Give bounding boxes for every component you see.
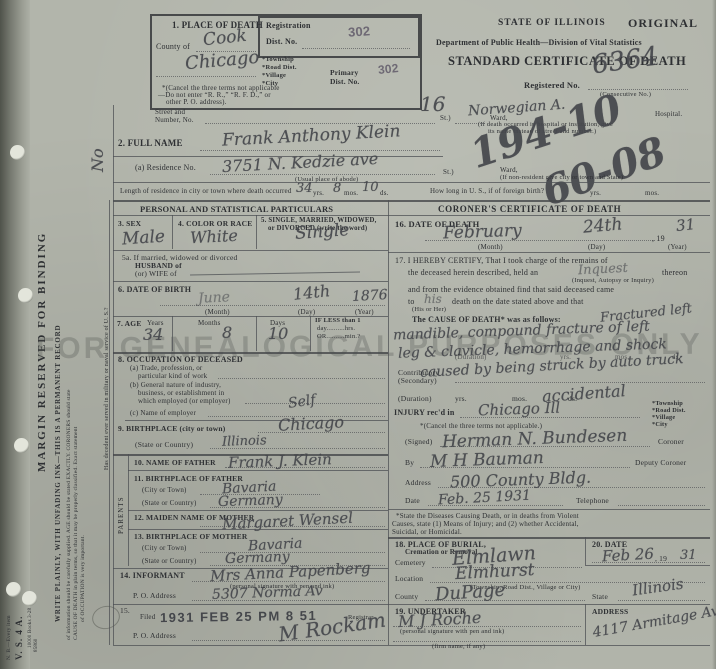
street-label-1: Street and <box>155 108 185 116</box>
county-label: County of <box>156 42 190 51</box>
ifless-label-2: day..........hrs. <box>317 325 355 332</box>
injury-label: INJURY rec'd in <box>394 408 455 417</box>
footnote-1: *State the Diseases Causing Death, or in… <box>396 512 579 520</box>
how-long-us-label: How long in U. S., if of foreign birth? <box>430 187 544 195</box>
punch-hole <box>18 288 33 303</box>
occupation-a1: (a) Trade, profession, or <box>130 364 202 372</box>
primary-label-2: Dist. No. <box>330 77 360 86</box>
us-mos-label: mos. <box>645 189 659 197</box>
length-days-handwriting: 10 <box>362 180 379 195</box>
dob-label: 6. DATE OF BIRTH <box>118 285 191 294</box>
father-state-label: (State or Country) <box>142 499 197 507</box>
contributory-label-2: (Secondary) <box>398 376 437 385</box>
cemetery-label: Cemetery <box>395 558 426 567</box>
dob-month-caption: (Month) <box>205 308 230 316</box>
city-line <box>156 76 256 77</box>
residence-handwriting: 3751 N. Kedzie ave <box>222 149 379 176</box>
location-label: Location <box>395 574 423 583</box>
marital-handwriting: Single <box>294 220 350 244</box>
dob-day-handwriting: 14th <box>292 281 331 304</box>
occupation-label: 8. OCCUPATION OF DECEASED <box>118 355 243 364</box>
occupation-handwriting: Self <box>287 392 317 412</box>
cell-divider <box>172 215 173 249</box>
filed-number: 15. <box>120 606 130 615</box>
page-edge <box>712 0 716 669</box>
rule <box>113 281 388 282</box>
dob-day-caption: (Day) <box>298 308 315 316</box>
rule <box>113 604 388 605</box>
mother-state-label: (State or Country) <box>142 557 197 565</box>
firm-line <box>393 641 581 642</box>
rule <box>113 250 388 251</box>
father-state-handwriting: Germany <box>218 492 283 510</box>
his-handwriting: his <box>424 292 442 306</box>
dod-day-handwriting: 24th <box>582 214 623 237</box>
undertaker-address-label: ADDRESS <box>592 607 628 616</box>
death-certificate-scan: MARGIN RESERVED FOR BINDING WRITE PLAINL… <box>0 0 716 669</box>
registered-no-label: Registered No. <box>524 80 580 90</box>
registration-district-stamp: 302 <box>348 23 371 40</box>
father-name-label: 10. NAME OF FATHER <box>134 458 216 467</box>
rule <box>388 537 710 539</box>
rule <box>113 352 388 354</box>
deputy-signature-handwriting: M H Bauman <box>430 448 544 472</box>
injury-handwriting: Chicago Ill <box>478 399 561 420</box>
informant-label: 14. INFORMANT <box>120 571 185 580</box>
us-yrs-label: yrs. <box>590 189 601 197</box>
mother-city-label: (City or Town) <box>142 544 187 552</box>
burial-date-line <box>592 562 705 563</box>
cell-divider <box>256 316 257 351</box>
certify-line-1: 17. I HEREBY CERTIFY, That I took charge… <box>395 256 608 265</box>
certify-line-2b: thereon <box>662 268 687 277</box>
deputy-coroner-label: Deputy Coroner <box>635 458 686 467</box>
burial-state-handwriting: Illinois <box>631 575 685 600</box>
residence-st-label: St.) <box>443 168 454 176</box>
ward-handwriting: 16 <box>420 92 445 116</box>
registered-no-handwriting: 6364 <box>590 42 660 81</box>
injury-term-road-dist: *Road Dist. <box>652 407 686 414</box>
burial-county-handwriting: DuPage <box>434 580 506 606</box>
full-name-line <box>200 150 440 151</box>
inquest-caption: (Inquest, Autopsy or Inquiry) <box>572 277 654 284</box>
contributory-line <box>455 382 705 383</box>
ifless-label-1: IF LESS than 1 <box>315 317 361 324</box>
signed-label: (Signed) <box>405 437 432 446</box>
binding-edge <box>0 0 30 669</box>
margin-permanent-note: WRITE PLAINLY, WITH UNFADING INK—THIS IS… <box>54 325 62 622</box>
primary-label-1: Primary <box>330 68 358 77</box>
margin-print-info-1: 10000 Books 3-28 <box>28 608 33 648</box>
coroner-date-label: Date <box>405 496 420 505</box>
margin-instruction-2: CAUSE OF DEATH in plain terms, so that i… <box>73 427 79 640</box>
duration-label-2: (Duration) <box>398 394 432 403</box>
term-road-dist: *Road Dist. <box>262 64 297 71</box>
occupation-c: (c) Name of employer <box>130 409 196 417</box>
full-name-handwriting: Frank Anthony Klein <box>222 121 401 150</box>
filed-po-label: P. O. Address <box>133 631 176 640</box>
parents-vertical-label: PARENTS <box>117 497 125 534</box>
full-name-label: 2. FULL NAME <box>118 138 183 148</box>
rule <box>388 215 710 216</box>
certify-line-2: the deceased herein described, held an <box>408 268 538 277</box>
rule <box>128 529 388 530</box>
margin-print-info-2: 85860 <box>34 639 39 653</box>
rule <box>113 645 710 646</box>
undertaker-divider <box>585 604 586 645</box>
dod-year-handwriting: 31 <box>675 215 696 235</box>
cancel-note-3: other P. O. address). <box>166 98 227 106</box>
dod-day-caption: (Day) <box>588 243 605 251</box>
punch-hole <box>14 438 29 453</box>
occupation-a2: particular kind of work <box>138 372 207 380</box>
residence-ward-label: Ward, <box>500 166 518 174</box>
punch-hole <box>6 582 21 597</box>
telephone-line <box>618 505 705 506</box>
coroner-section-title: CORONER'S CERTIFICATE OF DEATH <box>438 204 621 214</box>
burial-county-label: County <box>395 592 418 601</box>
registration-line <box>302 48 410 49</box>
department-line: Department of Public Health—Division of … <box>436 38 642 47</box>
cell-divider <box>256 215 257 249</box>
filed-word: Filed <box>140 613 155 621</box>
certify-line-4a: to <box>408 297 415 306</box>
punch-hole <box>10 145 25 160</box>
cell-divider <box>310 316 311 351</box>
personal-section-title: PERSONAL AND STATISTICAL PARTICULARS <box>140 204 333 214</box>
spouse-dash-handwriting <box>190 272 360 276</box>
original-label: ORIGINAL <box>628 16 698 31</box>
father-name-handwriting: Frank J. Klein <box>228 450 332 472</box>
father-city-label: (City or Town) <box>142 486 187 494</box>
length-months-handwriting: 8 <box>333 181 341 196</box>
rule <box>113 215 388 216</box>
sex-label: 3. SEX <box>118 219 141 228</box>
rule <box>388 604 710 605</box>
street-label-2: Number, No. <box>155 116 194 124</box>
rule <box>128 470 388 471</box>
dod-month-caption: (Month) <box>478 243 503 251</box>
age-months-handwriting: 8 <box>222 323 232 342</box>
dob-year-caption: (Year) <box>355 308 374 316</box>
injury-term-township: *Township <box>652 400 683 407</box>
telephone-label: Telephone <box>576 496 609 505</box>
his-her-caption: (His or Her) <box>412 306 446 313</box>
coroner-address-label: Address <box>405 478 431 487</box>
term-township: *Township <box>262 56 294 63</box>
margin-instruction-3: of OCCUPATION is very important. <box>80 535 86 622</box>
primary-district-stamp: 302 <box>377 61 399 77</box>
filed-po-line <box>192 640 385 641</box>
coroner-word: Coroner <box>658 437 684 446</box>
injury-term-city: *City <box>652 421 668 428</box>
hospital-label: Hospital. <box>655 110 682 118</box>
dod-19-printed: , 19 <box>652 234 665 243</box>
margin-instruction-1: of information should be carefully suppl… <box>66 389 72 640</box>
dod-month-handwriting: February <box>443 221 522 244</box>
birthplace-handwriting: Chicago <box>278 412 345 434</box>
registration-label-2: Dist. No. <box>266 37 297 46</box>
ifless-label-3: OR..........min.? <box>317 333 360 340</box>
length-residence-label: Length of residence in city or town wher… <box>120 187 292 195</box>
registration-label-1: Registration <box>266 21 311 30</box>
duration-label-1: (Duration) <box>455 353 487 361</box>
column-divider <box>388 200 389 645</box>
rule <box>388 509 710 510</box>
length-years-handwriting: 34 <box>296 181 313 196</box>
burial-state-line <box>618 600 705 601</box>
rule <box>585 565 710 566</box>
inquest-handwriting: Inquest <box>578 261 629 279</box>
rule <box>125 420 388 421</box>
birthplace-state-handwriting: Illinois <box>222 433 267 450</box>
age-label: 7. AGE <box>117 319 142 328</box>
rule <box>113 182 710 183</box>
footnote-3: Suicidal, or Homicidal. <box>392 528 462 536</box>
left-rail <box>109 200 110 645</box>
by-label: By <box>405 458 414 467</box>
dob-line <box>160 305 385 306</box>
dod-year-caption: (Year) <box>668 243 687 251</box>
dob-month-handwriting: June <box>198 289 231 307</box>
punch-hole <box>22 591 37 606</box>
state-of-illinois: STATE OF ILLINOIS <box>498 18 606 28</box>
rule <box>113 200 710 202</box>
occupation-a-line <box>218 378 385 379</box>
mother-birthplace-label: 13. BIRTHPLACE OF MOTHER <box>134 532 247 541</box>
term-village: *Village <box>262 72 286 79</box>
cell-divider <box>172 316 173 351</box>
age-days-handwriting: 10 <box>268 324 288 343</box>
nonresident-note: (If non-resident give city or town and S… <box>500 174 623 181</box>
age-months-caption: Months <box>198 319 221 327</box>
burial-date-divider <box>585 537 586 565</box>
margin-nb-note: N. B.—Every item <box>6 615 12 660</box>
burial-year-handwriting: 31 <box>680 548 697 563</box>
informant-po-label: P. O. Address <box>133 591 176 600</box>
rule <box>388 252 710 253</box>
dob-year-handwriting: 1876 <box>352 287 388 305</box>
margin-form-number: V. S. 4 A. <box>14 616 24 660</box>
age-years-handwriting: 34 <box>143 325 163 344</box>
left-rail-2 <box>113 105 114 645</box>
mos-label: mos. <box>344 189 358 197</box>
embossed-seal <box>90 603 123 632</box>
burial-state-label: State <box>592 592 608 601</box>
sex-handwriting: Male <box>121 227 165 250</box>
yrs-label: yrs. <box>313 189 324 197</box>
injury-term-village: *Village <box>652 414 675 421</box>
military-service-answer-handwriting: No <box>88 148 107 172</box>
race-handwriting: White <box>190 226 239 247</box>
occupation-b2: business, or establishment in <box>138 389 224 397</box>
certify-line-4b: death on the date stated above and that <box>452 297 584 306</box>
undertaker-signature-note: (personal signature with pen and ink) <box>400 628 504 635</box>
residence-label: (a) Residence No. <box>135 163 196 172</box>
birthplace-label: 9. BIRTHPLACE (city or town) <box>118 424 226 433</box>
birthplace-state-label: (State or Country) <box>135 440 193 449</box>
duration-yrs-2: yrs. <box>455 394 467 403</box>
married-label-3: (or) WIFE of <box>135 269 177 278</box>
ds-label: ds. <box>380 189 389 197</box>
occupation-b3: which employed (or employer) <box>138 397 231 405</box>
footnote-2: Causes, state (1) Means of Injury; and (… <box>392 520 579 528</box>
undertaker-line <box>393 626 581 627</box>
firm-name-note: (firm name, if any) <box>432 643 485 650</box>
occupation-b1: (b) General nature of industry, <box>130 381 221 389</box>
